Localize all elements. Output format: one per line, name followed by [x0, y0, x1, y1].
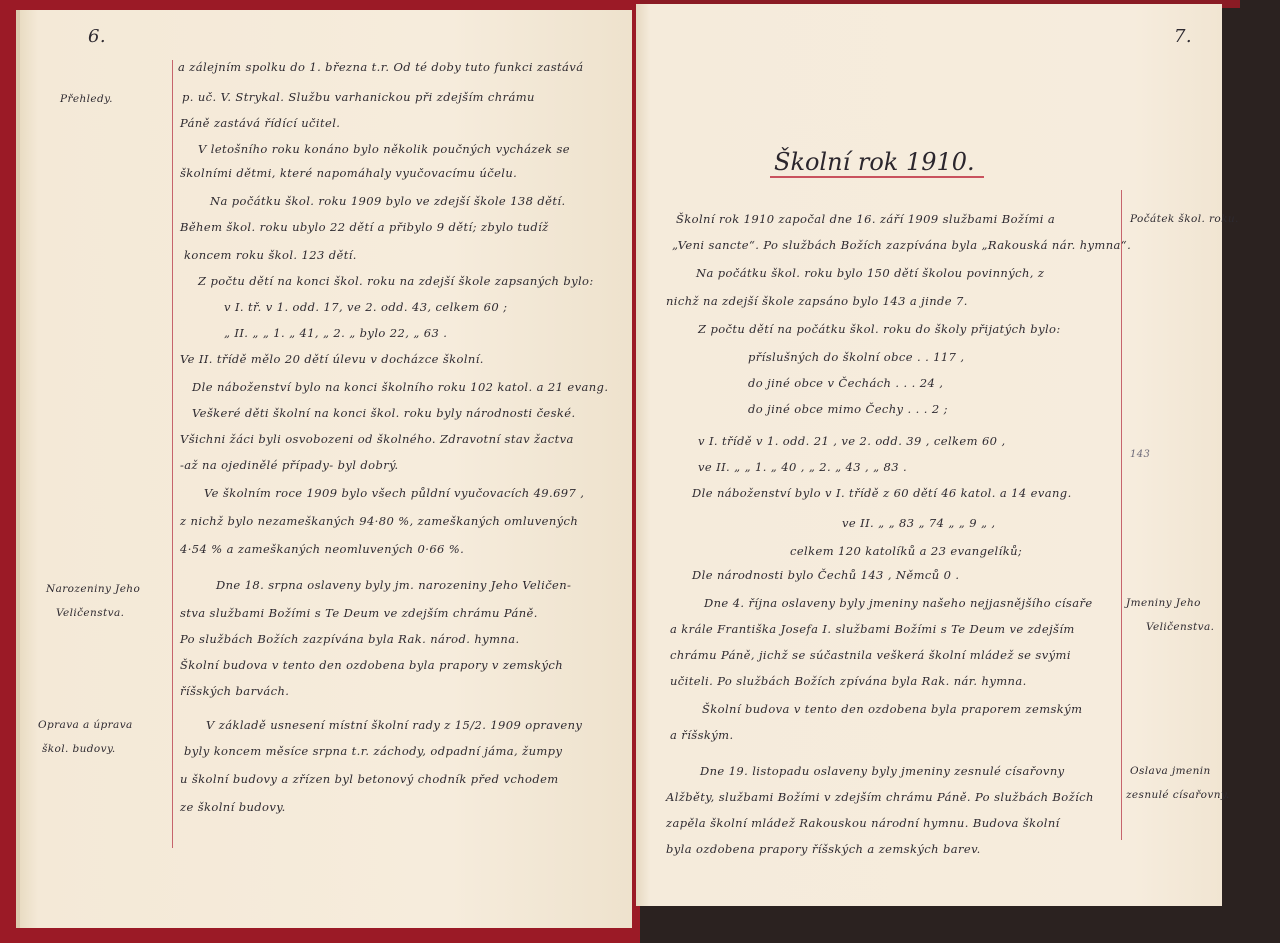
text-line: „Veni sancte“. Po službách Božích zazpív… [672, 238, 1131, 252]
text-line: Dne 19. listopadu oslaveny byly jmeniny … [700, 764, 1065, 778]
text-line: stva službami Božími s Te Deum ve zdejší… [180, 606, 538, 620]
text-line: Z počtu dětí na konci škol. roku na zdej… [198, 274, 594, 288]
margin-note: škol. budovy. [42, 742, 116, 756]
margin-note: zesnulé císařovny. [1126, 788, 1230, 802]
text-line: Alžběty, službami Božími v zdejším chrám… [666, 790, 1094, 804]
text-line: Veškeré děti školní na konci škol. roku … [192, 406, 576, 420]
text-line: příslušných do školní obce . . 117 , [748, 350, 964, 364]
text-line: V základě usnesení místní školní rady z … [206, 718, 582, 732]
text-line: V letošního roku konáno bylo několik pou… [198, 142, 570, 156]
margin-note: Jmeniny Jeho [1126, 596, 1201, 610]
text-line: p. uč. V. Strykal. Službu varhanickou př… [182, 90, 535, 104]
text-line: celkem 120 katolíků a 23 evangelíků; [790, 544, 1022, 558]
text-line: chrámu Páně, jichž se súčastnila veškerá… [670, 648, 1071, 662]
margin-note: Veličenstva. [1146, 620, 1214, 634]
text-line: Dne 18. srpna oslaveny byly jm. narozeni… [216, 578, 571, 592]
text-line: učiteli. Po službách Božích zpívána byla… [670, 674, 1027, 688]
text-line: Ve školním roce 1909 bylo všech půldní v… [204, 486, 584, 500]
text-line: zapěla školní mládež Rakouskou národní h… [666, 816, 1060, 830]
section-heading: Školní rok 1910. [774, 148, 975, 176]
text-line: Dne 4. října oslaveny byly jmeniny našeh… [704, 596, 1093, 610]
text-line: Dle náboženství bylo v I. třídě z 60 dět… [692, 486, 1072, 500]
margin-line [1121, 190, 1122, 840]
text-line: a říšským. [670, 728, 734, 742]
text-line: a krále Františka Josefa I. službami Bož… [670, 622, 1075, 636]
margin-note: Veličenstva. [56, 606, 124, 620]
text-line: ze školní budovy. [180, 800, 286, 814]
text-line: Školní budova v tento den ozdobena byla … [702, 702, 1082, 716]
text-line: koncem roku škol. 123 dětí. [184, 248, 357, 262]
page-number: 7. [1174, 30, 1192, 44]
text-line: v I. třídě v 1. odd. 21 , ve 2. odd. 39 … [698, 434, 1006, 448]
text-line: Na počátku škol. roku 1909 bylo ve zdejš… [210, 194, 566, 208]
text-line: byla ozdobena prapory říšských a zemskýc… [666, 842, 981, 856]
text-line: u školní budovy a zřízen byl betonový ch… [180, 772, 559, 786]
margin-note: Přehledy. [60, 92, 113, 106]
margin-note: Oslava jmenin [1130, 764, 1211, 778]
text-line: Během škol. roku ubylo 22 dětí a přibylo… [180, 220, 549, 234]
text-line: říšských barvách. [180, 684, 289, 698]
text-line: Páně zastává řídící učitel. [180, 116, 340, 130]
margin-note: Narozeniny Jeho [46, 582, 140, 596]
text-line: v I. tř. v 1. odd. 17, ve 2. odd. 43, ce… [224, 300, 507, 314]
margin-note: Oprava a úprava [38, 718, 133, 732]
right-page: 7. Školní rok 1910. Počátek škol. roku. … [636, 4, 1222, 906]
text-line: ve II. „ „ 83 „ 74 „ „ 9 „ , [842, 516, 995, 530]
text-line: 4·54 % a zameškaných neomluvených 0·66 %… [180, 542, 464, 556]
heading-underline [770, 176, 984, 178]
page-number: 6. [88, 30, 106, 44]
text-line: a zálejním spolku do 1. března t.r. Od t… [178, 60, 583, 74]
text-line: z nichž bylo nezameškaných 94·80 %, zame… [180, 514, 578, 528]
text-line: nichž na zdejší škole zapsáno bylo 143 a… [666, 294, 968, 308]
text-line: do jiné obce mimo Čechy . . . 2 ; [748, 402, 948, 416]
text-line: školními dětmi, které napomáhaly vyučova… [180, 166, 517, 180]
text-line: „ II. „ „ 1. „ 41, „ 2. „ bylo 22, „ 63 … [224, 326, 447, 340]
text-line: Na počátku škol. roku bylo 150 dětí škol… [696, 266, 1044, 280]
text-line: do jiné obce v Čechách . . . 24 , [748, 376, 943, 390]
text-line: Ve II. třídě mělo 20 dětí úlevu v docház… [180, 352, 484, 366]
text-line: ve II. „ „ 1. „ 40 , „ 2. „ 43 , „ 83 . [698, 460, 907, 474]
text-line: Školní budova v tento den ozdobena byla … [180, 658, 563, 672]
left-page: 6. Přehledy. Narozeniny Jeho Veličenstva… [16, 10, 632, 928]
text-line: Dle národnosti bylo Čechů 143 , Němců 0 … [692, 568, 959, 582]
text-line: byly koncem měsíce srpna t.r. záchody, o… [184, 744, 562, 758]
margin-line [172, 60, 173, 848]
pencil-annotation: 143 [1130, 448, 1150, 462]
text-line: Školní rok 1910 započal dne 16. září 190… [676, 212, 1055, 226]
text-line: -až na ojedinělé případy- byl dobrý. [180, 458, 399, 472]
text-line: Z počtu dětí na počátku škol. roku do šk… [698, 322, 1061, 336]
text-line: Po službách Božích zazpívána byla Rak. n… [180, 632, 520, 646]
text-line: Dle náboženství bylo na konci školního r… [192, 380, 608, 394]
text-line: Všichni žáci byli osvobozeni od školného… [180, 432, 574, 446]
margin-note: Počátek škol. roku. [1130, 212, 1239, 226]
